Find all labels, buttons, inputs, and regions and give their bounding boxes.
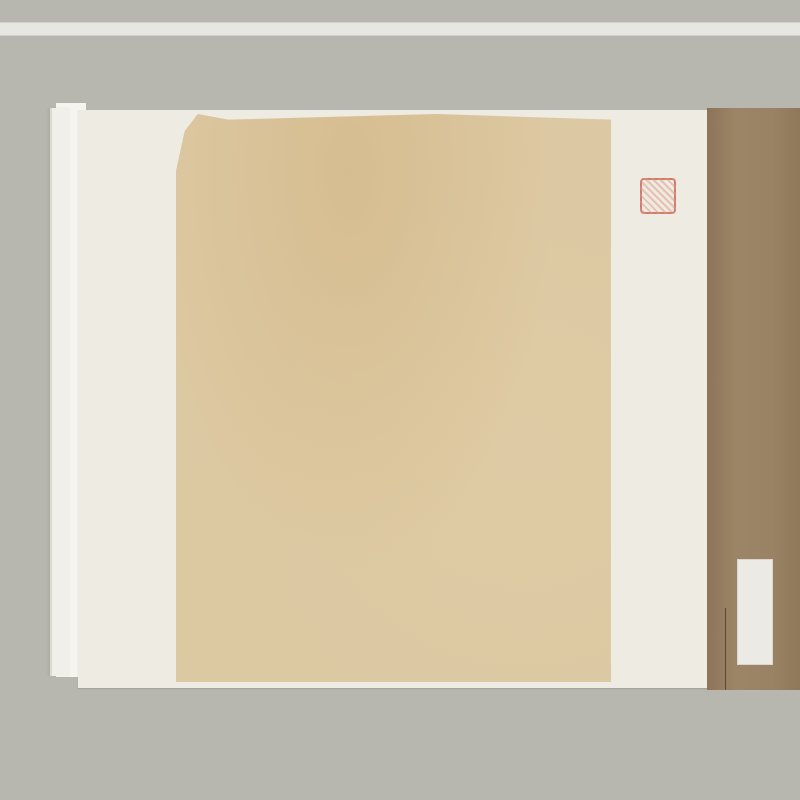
grayscale-row [0,767,194,777]
red-seal-stamp [640,178,676,214]
microfilm-label [737,559,773,665]
color-checker [0,757,194,777]
album-page-edge-inner [50,108,70,676]
scan-stage [0,0,800,800]
measurement-ruler [0,22,800,36]
color-patch-row [0,757,194,767]
contract-paper [176,114,611,682]
